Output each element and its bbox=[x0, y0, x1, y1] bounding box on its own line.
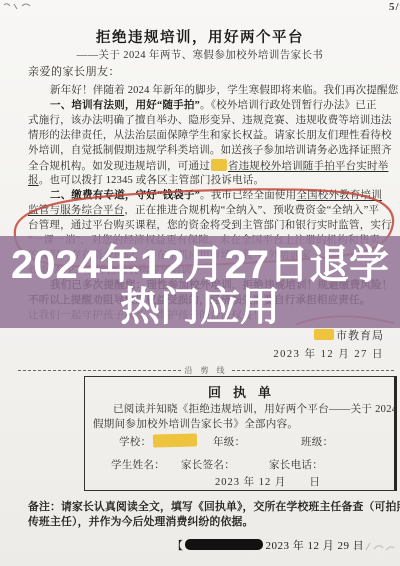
para1-line4-text: 外培训，自觉抵制假期违规学科类培训。如送孩子参加培训请务必选择证照齐 bbox=[28, 145, 392, 156]
parent-sign-field: 家长签名： bbox=[181, 457, 235, 472]
para1-line4: 外培训，自觉抵制假期违规学科类培训。如送孩子参加培训请务必选择证照齐 bbox=[28, 144, 390, 157]
footer-stamp-line: 【2023 年 12 月 29 日 bbox=[172, 537, 364, 553]
para1-line2: 式施行，该办法明确了擅自举办、隐形变异、违规竞赛、违规收费等培训违法 bbox=[28, 114, 390, 127]
receipt-title: 回执单 bbox=[85, 382, 394, 401]
para1-line5-pre: 全合规机构。如发现违规培训，可通过 bbox=[28, 161, 210, 172]
para2-line2: 监管与服务综合平台，正在推进合规机构“全纳入”、预收费资金“全纳入”平 bbox=[28, 204, 390, 217]
letter-subtitle: ——关于 2024 年两节、寒假参加校外培训告家长书 bbox=[0, 47, 400, 62]
cut-line-dash-left bbox=[18, 370, 181, 371]
para2-line1: 二、缴费有专道，守好“钱袋子”。我市已经全面使用全国校外教育培训 bbox=[28, 189, 400, 202]
black-redaction-bar bbox=[185, 539, 263, 550]
para1-line5-underlined: 省违规校外培训随手拍平台实时举 bbox=[228, 161, 389, 172]
letter-photo: 5/9 拒绝违规培训，用好两个平台 ——关于 2024 年两节、寒假参加校外培训… bbox=[0, 0, 400, 566]
note-line1: 备注：请家长认真阅读全文，填写《回执单》，交所在学校班主任备查（可拍照 bbox=[28, 499, 392, 514]
highlight-redaction-city bbox=[314, 329, 334, 340]
cut-line-dash-right bbox=[232, 370, 395, 371]
letter-title: 拒绝违规培训，用好两个平台 bbox=[0, 26, 400, 47]
footer-date: 2023 年 12 月 29 日 bbox=[266, 540, 365, 552]
receipt-box: 回执单 已阅读并知晓《拒绝违规培训，用好两个平台——关于 2024 年两节、寒 … bbox=[84, 376, 397, 491]
overlay-caption-line2: 热门应用 bbox=[0, 286, 400, 328]
overlay-caption-line1: 2024年12月27日退学 bbox=[0, 244, 400, 286]
signature-date: 2023 年 12 月 27 日 bbox=[273, 346, 384, 361]
page-marker: 5/9 bbox=[389, 1, 400, 13]
intro-line: 新年好！伴随着 2024 年新年的脚步，学生寒假即将来临。我们再次提醒您： bbox=[28, 84, 400, 97]
receipt-date-line: 2023 年 12 月 日 bbox=[215, 474, 321, 489]
overlay-caption: 2024年12月27日退学 热门应用 bbox=[0, 244, 400, 328]
school-label: 学校： bbox=[119, 437, 151, 448]
para2-heading: 二、缴费有专道，守好“钱袋子” bbox=[50, 190, 200, 201]
class-field: 班级： bbox=[301, 434, 333, 449]
parent-phone-field: 家长电话： bbox=[269, 457, 323, 472]
para2-line1-underlined: 全国校外教育培训 bbox=[296, 190, 382, 201]
para2-line3: 台管理，通过平台购买课程，您的资金将受到主管部门和银行实时监管，实行 bbox=[28, 219, 390, 232]
signature-org: 市教育局 bbox=[336, 330, 384, 342]
highlight-redaction-school bbox=[153, 433, 197, 447]
signature-block: 市教育局 2023 年 12 月 27 日 bbox=[273, 327, 384, 361]
para1-line1-rest: 。《校外培训行政处罚暂行办法》已正 bbox=[200, 100, 377, 111]
para2-line2-underlined: 监管与服务综合平台 bbox=[28, 205, 124, 216]
cut-line-label: 沿 剪 线 bbox=[185, 365, 228, 376]
school-field: 学校： bbox=[119, 434, 199, 449]
para1-heading: 一、培训有法则，用好“随手拍” bbox=[50, 100, 200, 111]
intro-text: 新年好！伴随着 2024 年新年的脚步，学生寒假即将来临。我们再次提醒您： bbox=[50, 85, 400, 96]
para1-line5: 全合规机构。如发现违规培训，可通过省违规校外培训随手拍平台实时举 bbox=[28, 159, 390, 173]
para1-line6: 报。也可以拨打 12345 或各区主管部门投诉电话。 bbox=[28, 174, 390, 187]
photo-artifact-top-left bbox=[2, 2, 42, 14]
para2-line2-rest: ，正在推进合规机构“全纳入”、预收费资金“全纳入”平 bbox=[124, 205, 379, 216]
receipt-body-line1: 已阅读并知晓《拒绝违规培训，用好两个平台——关于 2024 年两节、寒 bbox=[113, 401, 400, 416]
para1-line6-underlined: 报 bbox=[28, 175, 39, 186]
highlight-redaction-province bbox=[211, 159, 227, 171]
para1-line3: 情形的法律责任，从法治层面保障学生和家长权益。请家长朋友们理性看待校 bbox=[28, 129, 390, 142]
cut-line: 沿 剪 线 bbox=[18, 365, 394, 376]
receipt-body-line2: 假期间参加校外培训告家长书》全部内容。 bbox=[93, 416, 298, 431]
para1-line6-rest: 。也可以拨打 12345 或各区主管部门投诉电话。 bbox=[39, 175, 265, 186]
footer-bracket: 【 bbox=[172, 540, 184, 552]
student-name-field: 学生姓名： bbox=[111, 457, 165, 472]
salutation: 亲爱的家长朋友： bbox=[28, 63, 120, 79]
para2-line1-mid: 。我市已经全面使用 bbox=[200, 190, 296, 201]
para2-line3-text: 台管理，通过平台购买课程，您的资金将受到主管部门和银行实时监管，实行 bbox=[28, 220, 392, 231]
grade-field: 年级： bbox=[213, 434, 245, 449]
para1-line2-text: 式施行，该办法明确了擅自举办、隐形变异、违规竞赛、违规收费等培训违法 bbox=[28, 115, 392, 126]
note-line2: 传班主任），并作为今后处理消费纠纷的依据。 bbox=[28, 514, 392, 529]
para1-line1: 一、培训有法则，用好“随手拍”。《校外培训行政处罚暂行办法》已正 bbox=[28, 99, 400, 112]
para1-line3-text: 情形的法律责任，从法治层面保障学生和家长权益。请家长朋友们理性看待校 bbox=[28, 130, 392, 141]
signature-org-line: 市教育局 bbox=[273, 327, 384, 343]
